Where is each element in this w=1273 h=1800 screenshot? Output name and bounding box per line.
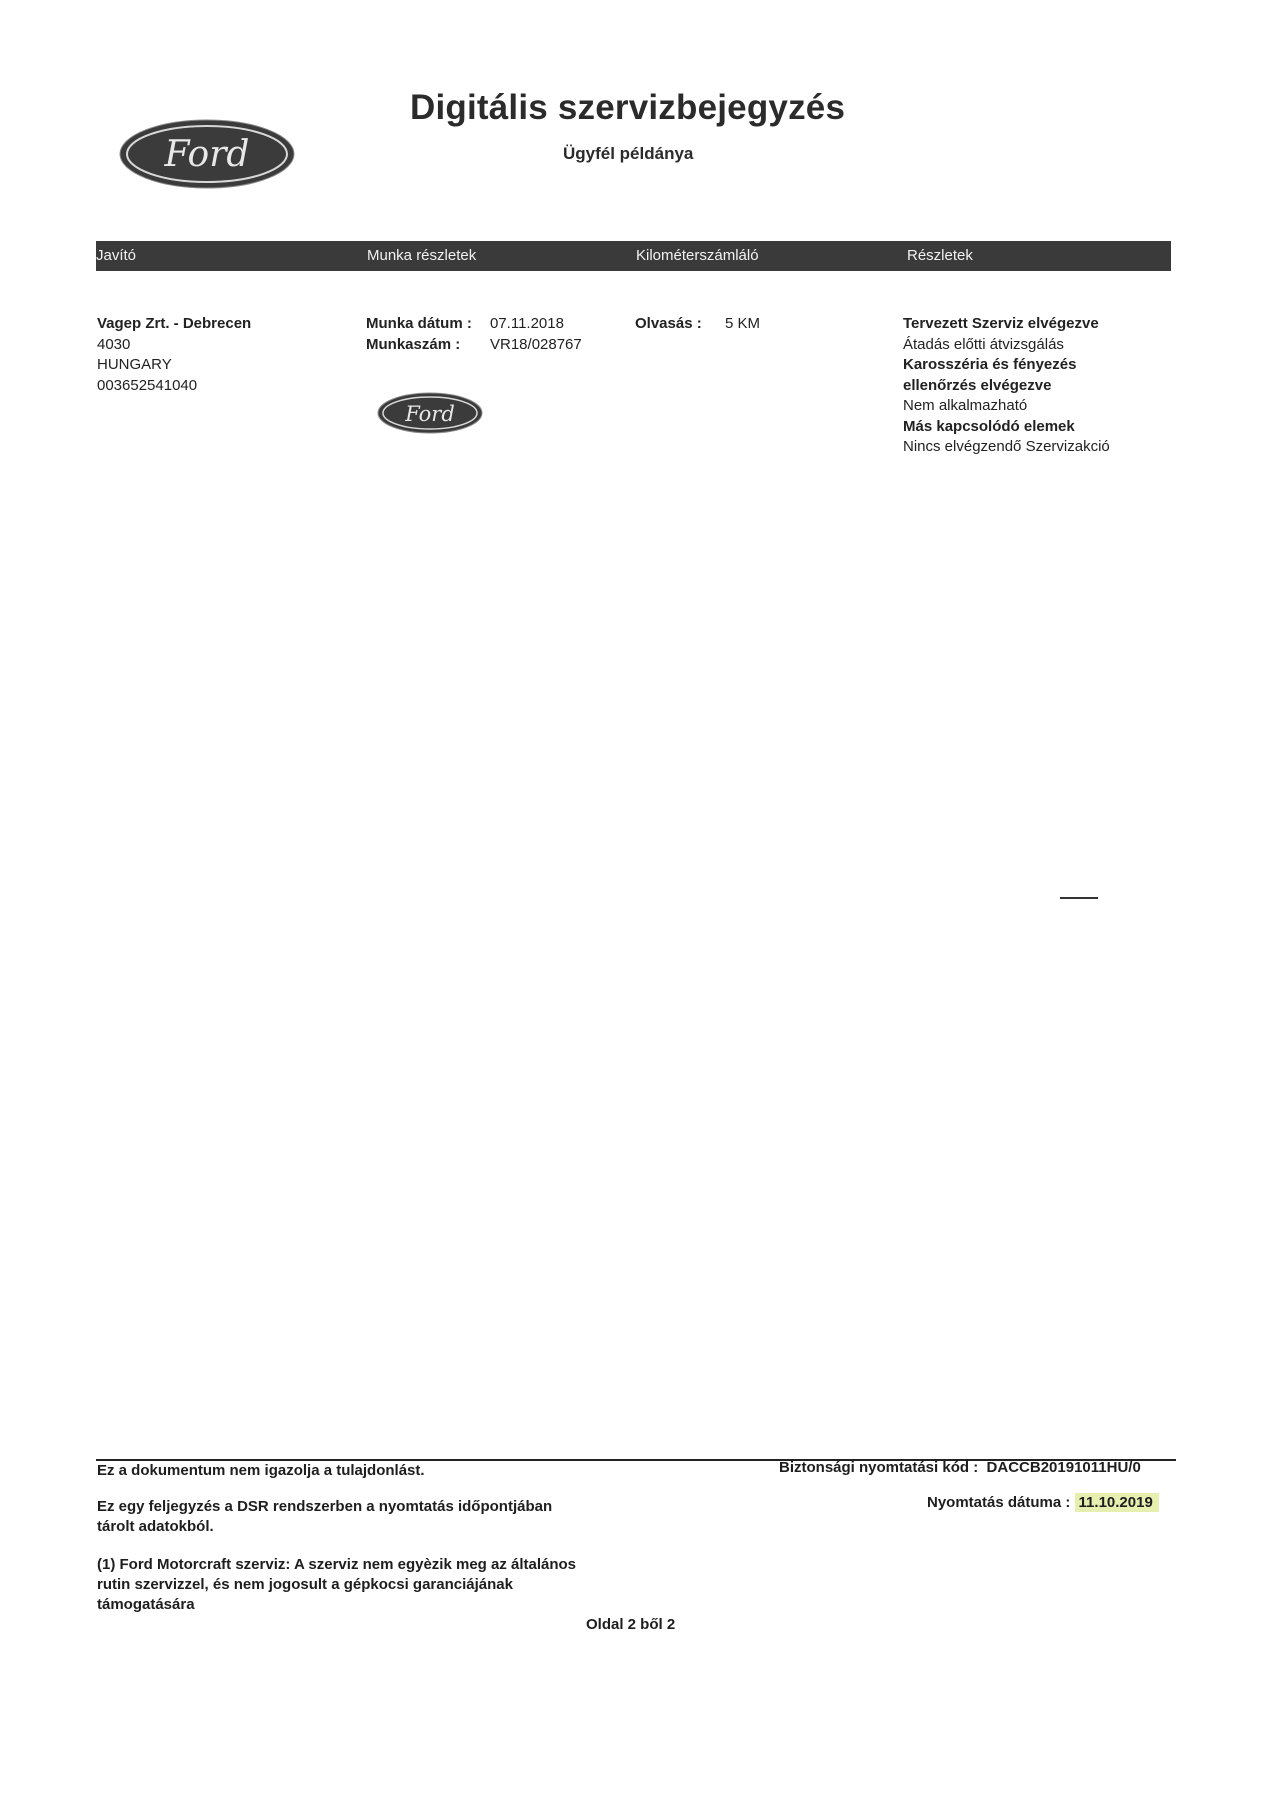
work-number-label: Munkaszám : — [366, 335, 490, 356]
svg-text:Ford: Ford — [164, 134, 250, 175]
ford-logo-small: Ford — [376, 391, 484, 435]
security-code-value: DACCB20191011HU/0 — [987, 1459, 1141, 1476]
security-code-label: Biztonsági nyomtatási kód : — [779, 1459, 978, 1476]
work-details-block: Munka dátum :07.11.2018 Munkaszám :VR18/… — [366, 314, 582, 355]
odometer-label: Olvasás : — [635, 314, 725, 335]
ford-oval-icon: Ford — [376, 391, 484, 435]
repairer-name: Vagep Zrt. - Debrecen — [97, 314, 251, 335]
detail-item: Nem alkalmazható — [903, 396, 1110, 417]
column-header-repairer: Javító — [96, 247, 136, 264]
repairer-block: Vagep Zrt. - Debrecen 4030 HUNGARY 00365… — [97, 314, 251, 396]
document-subtitle: Ügyfél példánya — [563, 144, 693, 164]
dsr-note: Ez egy feljegyzés a DSR rendszerben a ny… — [97, 1497, 552, 1537]
ford-logo: Ford — [118, 118, 296, 190]
detail-item: ellenőrzés elvégezve — [903, 376, 1110, 397]
work-number-value: VR18/028767 — [490, 336, 582, 353]
work-date-label: Munka dátum : — [366, 314, 490, 335]
detail-item: Más kapcsolódó elemek — [903, 417, 1110, 438]
column-header-work-details: Munka részletek — [367, 247, 476, 264]
security-code: Biztonsági nyomtatási kód : DACCB2019101… — [779, 1458, 1141, 1478]
repairer-phone: 003652541040 — [97, 376, 251, 397]
ownership-note: Ez a dokumentum nem igazolja a tulajdonl… — [97, 1461, 425, 1481]
detail-item: Tervezett Szerviz elvégezve — [903, 314, 1110, 335]
page-info: Oldal 2 ből 2 — [586, 1615, 675, 1635]
motorcraft-note: (1) Ford Motorcraft szerviz: A szerviz n… — [97, 1555, 576, 1615]
work-date-value: 07.11.2018 — [490, 315, 564, 332]
repairer-country: HUNGARY — [97, 355, 251, 376]
pen-mark — [1060, 897, 1098, 899]
print-date: Nyomtatás dátuma : 11.10.2019 — [927, 1493, 1159, 1513]
svg-text:Ford: Ford — [404, 402, 455, 426]
ford-oval-icon: Ford — [118, 118, 296, 190]
odometer-value: 5 KM — [725, 315, 760, 332]
details-block: Tervezett Szerviz elvégezve Átadás előtt… — [903, 314, 1110, 458]
print-date-label: Nyomtatás dátuma : — [927, 1494, 1070, 1511]
odometer-block: Olvasás :5 KM — [635, 314, 760, 335]
column-header-odometer: Kilométerszámláló — [636, 247, 759, 264]
repairer-postcode: 4030 — [97, 335, 251, 356]
print-date-value: 11.10.2019 — [1075, 1493, 1159, 1512]
detail-item: Nincs elvégzendő Szervizakció — [903, 437, 1110, 458]
detail-item: Átadás előtti átvizsgálás — [903, 335, 1110, 356]
detail-item: Karosszéria és fényezés — [903, 355, 1110, 376]
document-title: Digitális szervizbejegyzés — [410, 88, 845, 128]
column-header-bar: Javító Munka részletek Kilométerszámláló… — [96, 241, 1171, 271]
column-header-details: Részletek — [907, 247, 973, 264]
